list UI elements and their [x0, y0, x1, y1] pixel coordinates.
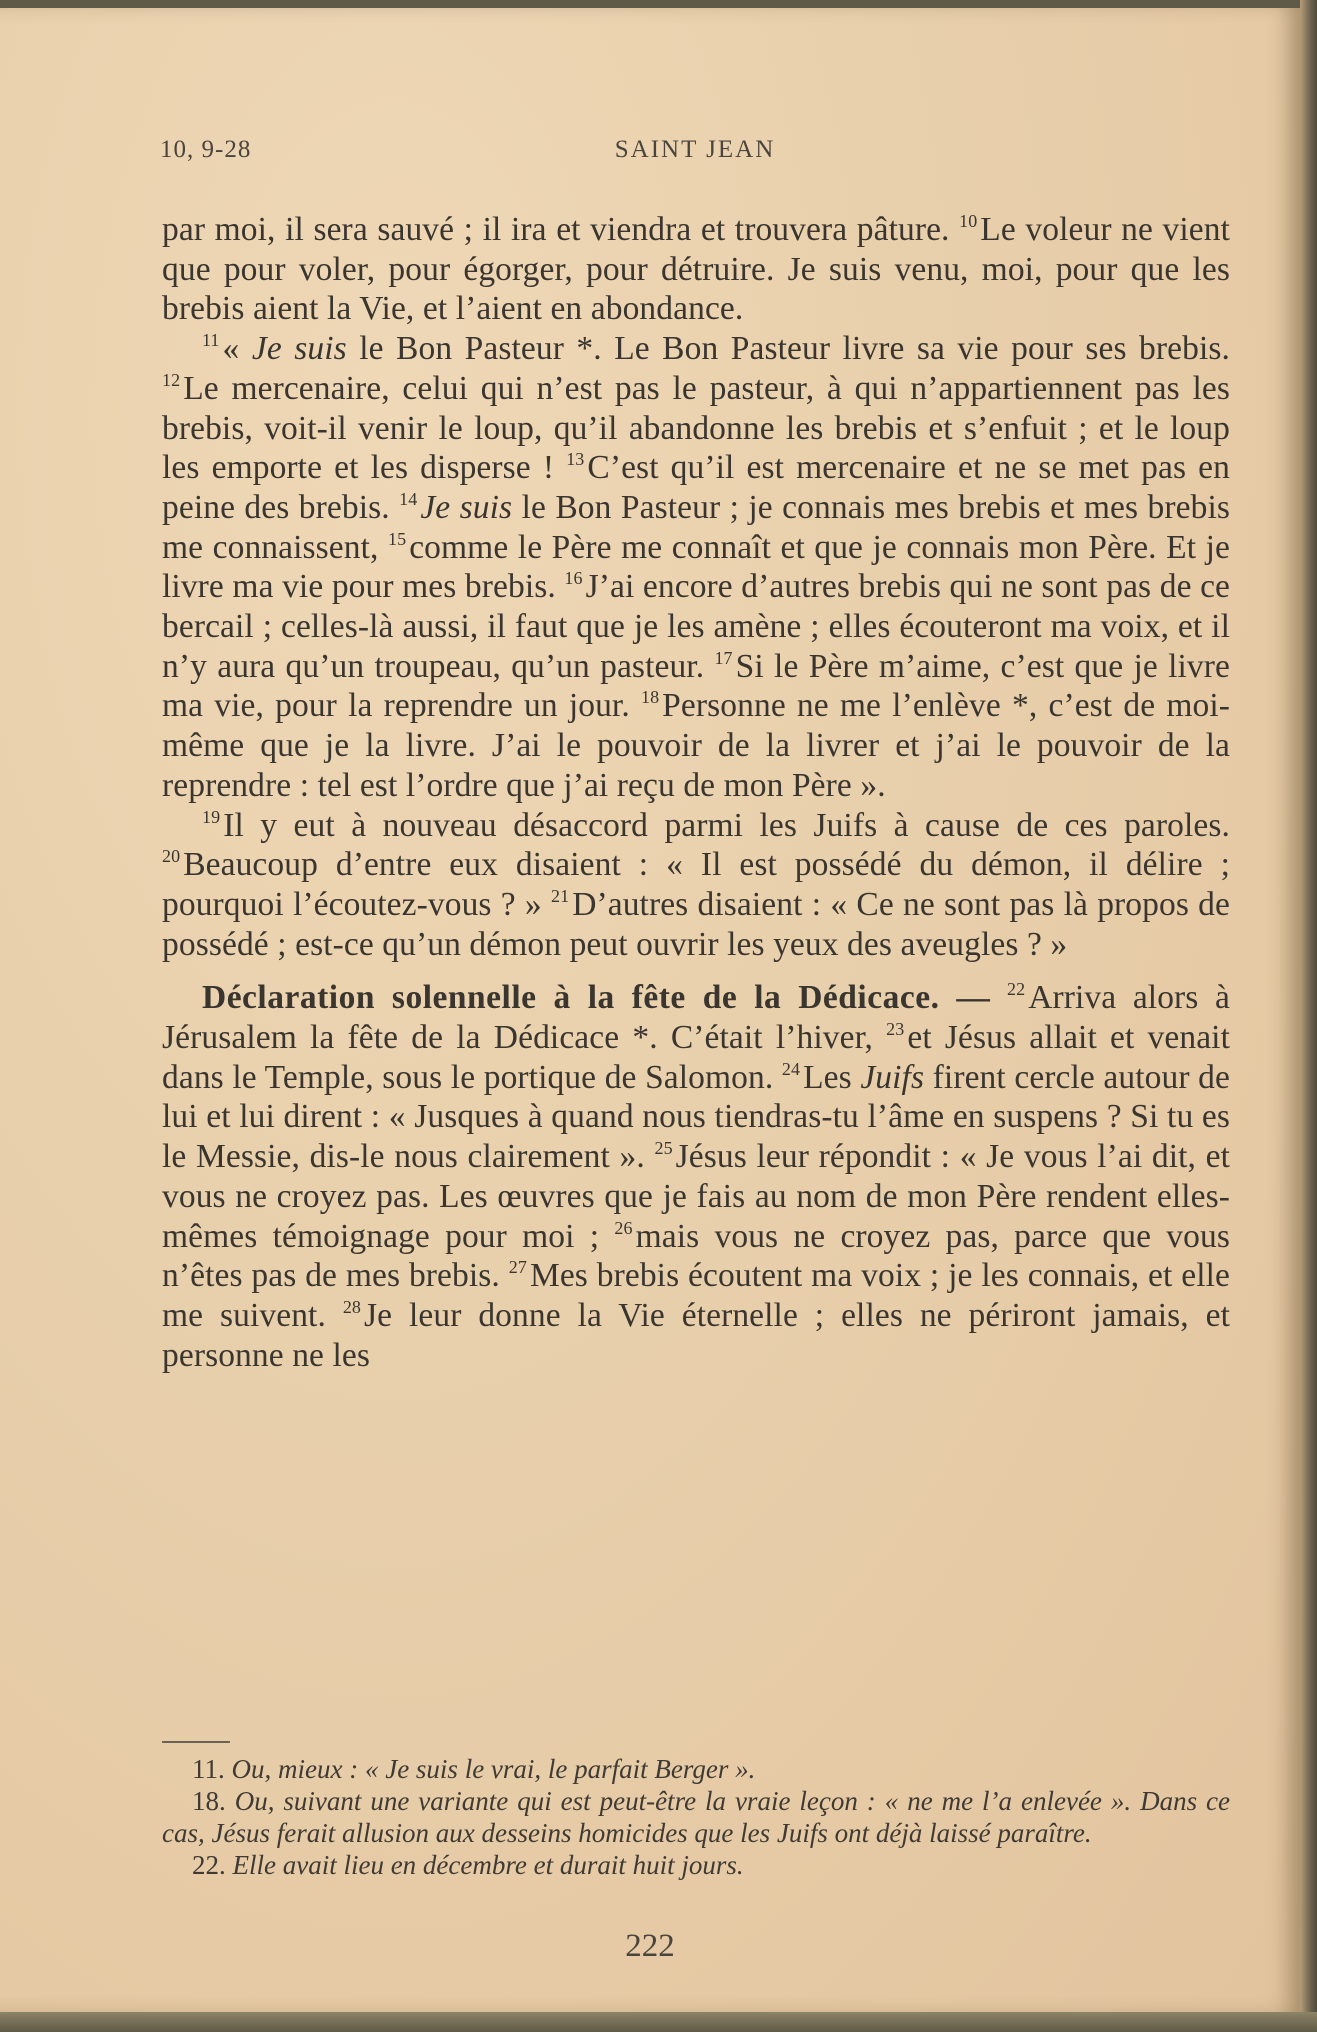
verse-number-24: 24 — [782, 1059, 800, 1079]
verse-number-28: 28 — [343, 1297, 361, 1317]
verse-number-11: 11 — [202, 330, 220, 350]
running-head: 10, 9-28 SAINT JEAN — [160, 136, 1230, 176]
footnotes: 11. Ou, mieux : « Je suis le vrai, le pa… — [162, 1753, 1230, 1881]
verse-number-10: 10 — [959, 211, 977, 231]
verse-number-12: 12 — [162, 370, 180, 390]
verse-number-22: 22 — [1007, 979, 1025, 999]
verse-number-16: 16 — [564, 568, 582, 588]
italic-emphasis: Je suis — [420, 489, 512, 526]
text-span: par moi, il sera sauvé ; il ira et viend… — [162, 211, 959, 248]
text-span: Il y eut à nouveau désaccord parmi les J… — [223, 807, 1230, 844]
verse-number-14: 14 — [399, 489, 417, 509]
text-span: « — [223, 330, 252, 367]
verse-number-19: 19 — [202, 807, 220, 827]
verse-number-27: 27 — [509, 1257, 527, 1277]
paragraph-4: Déclaration solennelle à la fête de la D… — [162, 978, 1230, 1375]
footnote-number: 11. — [192, 1754, 225, 1784]
footnote: 22. Elle avait lieu en décembre et durai… — [162, 1849, 1230, 1881]
verse-number-13: 13 — [566, 449, 584, 469]
paragraph-3: 19Il y eut à nouveau désaccord parmi les… — [162, 806, 1230, 965]
footnote-text: Ou, suivant une variante qui est peut-êt… — [162, 1786, 1230, 1848]
footnote-number: 22. — [192, 1850, 226, 1880]
book-title: SAINT JEAN — [160, 136, 1230, 164]
footnote: 18. Ou, suivant une variante qui est peu… — [162, 1785, 1230, 1849]
italic-emphasis: Juifs — [860, 1059, 924, 1096]
section-heading: Déclaration solennelle à la fête de la D… — [202, 979, 990, 1016]
verse-number-15: 15 — [388, 529, 406, 549]
paragraph-1: par moi, il sera sauvé ; il ira et viend… — [162, 210, 1230, 329]
text-span: Les — [803, 1059, 860, 1096]
verse-number-25: 25 — [654, 1138, 672, 1158]
text-span: le Bon Pasteur *. Le Bon Pasteur livre s… — [347, 330, 1230, 367]
book-page: 10, 9-28 SAINT JEAN par moi, il sera sau… — [0, 8, 1300, 2012]
verse-number-26: 26 — [614, 1218, 632, 1238]
footnote-divider — [162, 1741, 230, 1743]
verse-number-18: 18 — [641, 687, 659, 707]
book-bottom-edge — [0, 2012, 1317, 2032]
verse-number-23: 23 — [886, 1019, 904, 1039]
body-text: par moi, il sera sauvé ; il ira et viend… — [162, 210, 1230, 1375]
footnote-text: Ou, mieux : « Je suis le vrai, le parfai… — [232, 1754, 756, 1784]
footnote: 11. Ou, mieux : « Je suis le vrai, le pa… — [162, 1753, 1230, 1785]
page-number: 222 — [0, 1928, 1300, 1965]
paragraph-2: 11« Je suis le Bon Pasteur *. Le Bon Pas… — [162, 329, 1230, 805]
verse-number-20: 20 — [162, 846, 180, 866]
footnote-text: Elle avait lieu en décembre et durait hu… — [233, 1850, 744, 1880]
verse-number-17: 17 — [714, 648, 732, 668]
verse-number-21: 21 — [551, 886, 569, 906]
footnote-number: 18. — [192, 1786, 226, 1816]
italic-emphasis: Je suis — [252, 330, 347, 367]
book-spine-edge — [1300, 0, 1317, 2032]
